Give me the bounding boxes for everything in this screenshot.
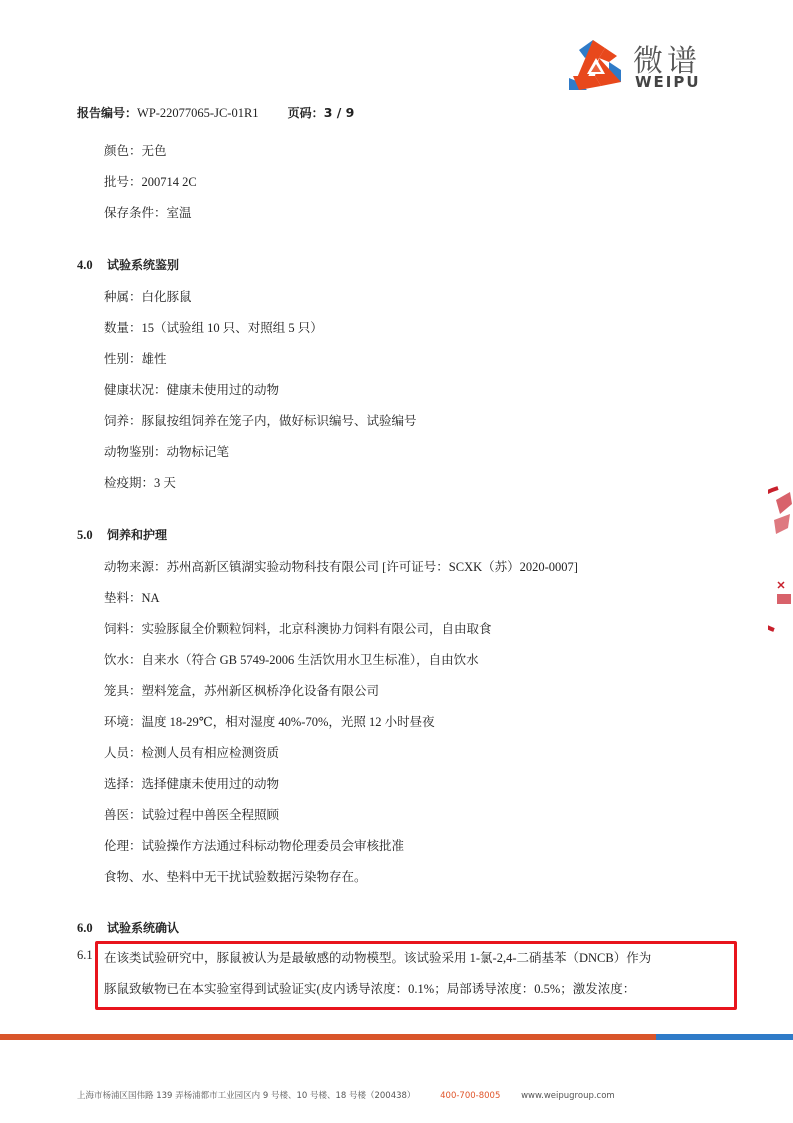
section-number: 4.0: [77, 258, 107, 273]
list-item: 检疫期：3 天: [104, 473, 176, 491]
list-item: 人员：检测人员有相应检测资质: [104, 743, 279, 761]
list-item: 数量：15（试验组 10 只、对照组 5 只）: [104, 318, 323, 336]
section-heading-4: 4.0试验系统鉴别: [77, 256, 179, 273]
list-item: 兽医：试验过程中兽医全程照顾: [104, 805, 279, 823]
list-item: 伦理：试验操作方法通过科标动物伦理委员会审核批准: [104, 836, 404, 854]
list-item: 动物鉴别：动物标记笔: [104, 442, 229, 460]
page-number: 3 / 9: [324, 105, 355, 120]
section-title: 饲养和护理: [107, 528, 167, 542]
list-item: 种属：白化豚鼠: [104, 287, 192, 305]
list-item: 选择：选择健康未使用过的动物: [104, 774, 279, 792]
info-line-color: 颜色：无色: [104, 141, 167, 159]
list-item: 动物来源：苏州高新区镇湖实验动物科技有限公司 [许可证号：SCXK（苏）2020…: [104, 557, 578, 575]
section-number: 6.0: [77, 921, 107, 936]
logo-english-text: WEIPU: [635, 73, 701, 91]
list-item: 性别：雄性: [104, 349, 167, 367]
report-header: 报告编号：WP-22077065-JC-01R1 页码：3 / 9: [77, 104, 354, 121]
section-title: 试验系统确认: [107, 921, 179, 935]
list-item: 饲料：实验豚鼠全价颗粒饲料，北京科澳协力饲料有限公司，自由取食: [104, 619, 492, 637]
section-heading-6: 6.0试验系统确认: [77, 919, 179, 936]
footer-bar-orange: [0, 1034, 656, 1040]
list-item: 饮水：自来水（符合 GB 5749-2006 生活饮用水卫生标准），自由饮水: [104, 650, 479, 668]
list-item: 健康状况：健康未使用过的动物: [104, 380, 279, 398]
footer-bar-blue: [656, 1034, 793, 1040]
footer-website: www.weipugroup.com: [521, 1091, 615, 1101]
section-heading-5: 5.0饲养和护理: [77, 526, 167, 543]
report-number-label: 报告编号：: [77, 106, 137, 120]
footer-phone: 400-700-8005: [440, 1091, 500, 1101]
footer-address: 上海市杨浦区国伟路 139 弄杨浦都市工业园区内 9 号楼、10 号楼、18 号…: [77, 1091, 415, 1101]
inspection-stamp-icon: [768, 470, 793, 640]
report-number: WP-22077065-JC-01R1: [137, 106, 259, 120]
weipu-logo: 微谱 WEIPU: [565, 36, 725, 92]
list-item: 饲养：豚鼠按组饲养在笼子内，做好标识编号、试验编号: [104, 411, 417, 429]
weipu-logo-icon: [565, 36, 627, 94]
subsection-number: 6.1: [77, 948, 93, 963]
footer: 上海市杨浦区国伟路 139 弄杨浦都市工业园区内 9 号楼、10 号楼、18 号…: [77, 1089, 615, 1101]
list-item: 垫料：NA: [104, 588, 160, 606]
info-line-storage: 保存条件：室温: [104, 203, 192, 221]
page-label: 页码：: [288, 106, 324, 120]
list-item: 食物、水、垫料中无干扰试验数据污染物存在。: [104, 867, 367, 885]
section-title: 试验系统鉴别: [107, 258, 179, 272]
list-item: 环境：温度 18-29℃，相对湿度 40%-70%，光照 12 小时昼夜: [104, 712, 435, 730]
info-line-batch: 批号：200714 2C: [104, 172, 197, 190]
list-item: 笼具：塑料笼盒，苏州新区枫桥净化设备有限公司: [104, 681, 379, 699]
red-highlight-box: [95, 941, 737, 1010]
section-number: 5.0: [77, 528, 107, 543]
